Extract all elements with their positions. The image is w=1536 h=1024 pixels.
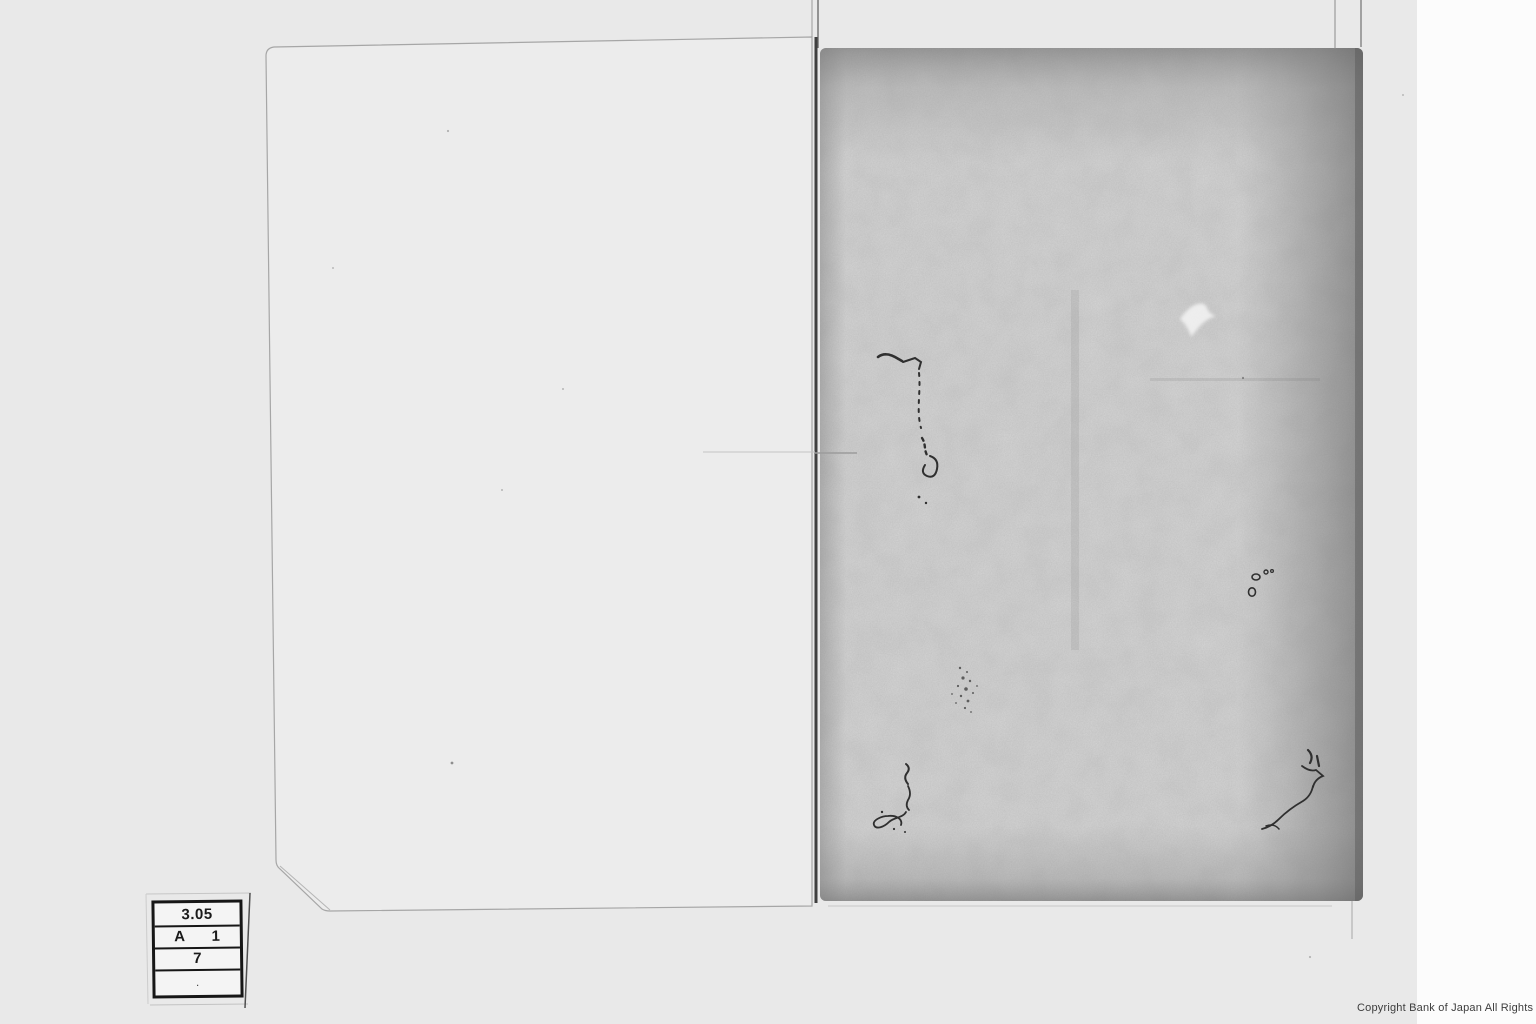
ink-marks	[874, 354, 1323, 833]
dust-specks	[332, 94, 1404, 958]
faint-lines	[146, 452, 1332, 1008]
label-class-number: 1	[211, 928, 220, 945]
left-page	[266, 37, 812, 911]
label-row-blank: .	[155, 968, 240, 995]
label-class-letter: A	[174, 929, 186, 946]
scanned-document: 3.05 A 1 7 . Copyright Bank of Japan All…	[0, 0, 1536, 1024]
label-row-class: A 1	[155, 925, 240, 947]
archival-label: 3.05 A 1 7 .	[151, 899, 243, 998]
label-number: 3.05	[181, 905, 212, 922]
copyright-notice: Copyright Bank of Japan All Rights Reser…	[1357, 1002, 1536, 1014]
white-fleck-mark	[1180, 304, 1216, 338]
label-row-item: 7	[155, 946, 240, 969]
label-row-number: 3.05	[154, 902, 239, 925]
gutter-lines	[812, 0, 1361, 939]
label-blank-mark: .	[196, 977, 200, 989]
right-page	[820, 48, 1363, 901]
label-item-number: 7	[193, 950, 202, 967]
scan-artwork	[0, 0, 1536, 1024]
scanner-margin-strip	[1417, 0, 1536, 1024]
